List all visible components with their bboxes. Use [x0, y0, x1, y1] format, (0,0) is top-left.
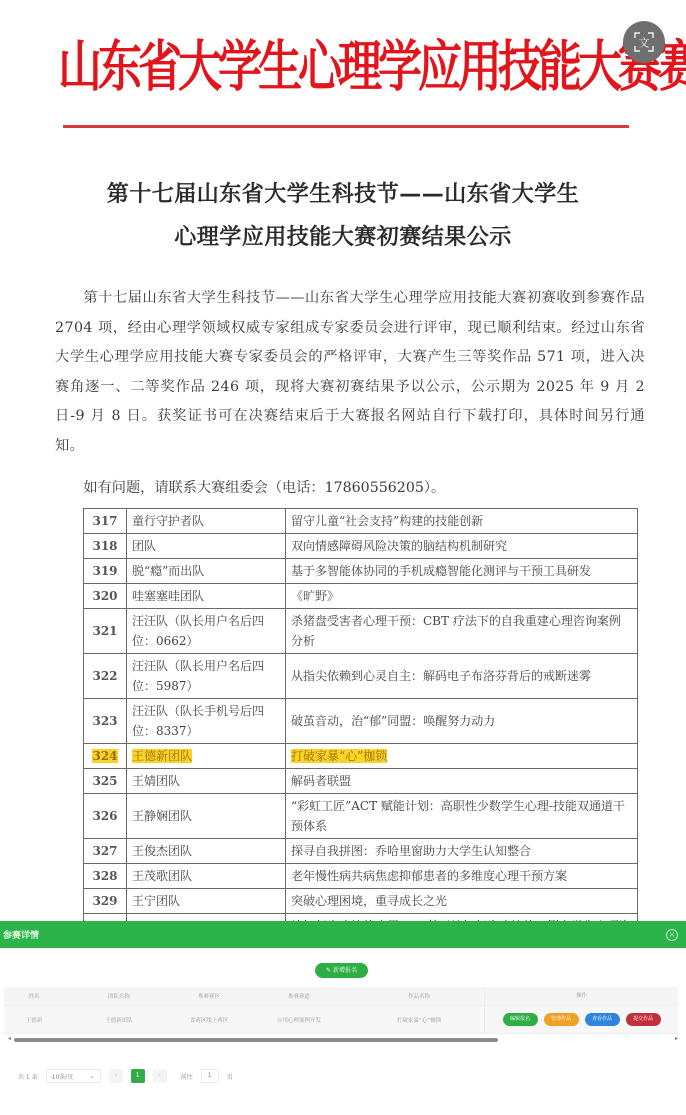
cell-work-title-text: 探寻自我拼图：乔哈里窗助力大学生认知整合 [291, 844, 531, 858]
cell-work-title-text: 基于多智能体协同的手机成瘾智能化测评与干预工具研发 [291, 564, 591, 578]
document-title-line-1: 第十七届山东省大学生科技节——山东省大学生 [0, 177, 686, 208]
cell-number: 318 [84, 534, 127, 559]
scroll-left-icon[interactable]: ◂ [8, 1035, 11, 1042]
cell-work-title-text: 双向情感障碍风险决策的脑结构机制研究 [291, 539, 507, 553]
cell-number-text: 327 [92, 844, 117, 858]
cell-work-title: 双向情感障碍风险决策的脑结构机制研究 [286, 534, 638, 559]
goto-label: 前往 [181, 1072, 193, 1081]
pagination: 共 1 条 10条/页 ⌄ ‹ 1 › 前往 1 页 [18, 1069, 233, 1083]
table-row: 322汪汪队（队长用户名后四位：5987）从指尖依赖到心灵自主：解码电子布洛芬背… [84, 654, 638, 699]
cell-number-text: 322 [92, 669, 117, 683]
scrollbar-thumb[interactable] [14, 1038, 498, 1042]
cell-number: 328 [84, 864, 127, 889]
cell-number-text: 323 [92, 714, 117, 728]
cell-work-title-text: 破茧音动，治“郁”同盟：唤醒努力动力 [291, 714, 495, 728]
prev-page-button[interactable]: ‹ [109, 1069, 123, 1083]
table-row: 329王宁团队突破心理困境，重寻成长之光 [84, 889, 638, 914]
cell-number-text: 321 [92, 624, 117, 638]
cell-team: 汪汪队（队长用户名后四位：0662） [127, 609, 286, 654]
cell-team: 童行守护者队 [127, 509, 286, 534]
cell-work-title-text: 留守儿童“社会支持”构建的技能创新 [291, 514, 483, 528]
cell-team: 王静娴团队 [127, 794, 286, 839]
cell-team-text: 团队 [132, 539, 156, 553]
cell-team: 汪汪队（队长手机号后四位：8337） [127, 699, 286, 744]
cell-number: 320 [84, 584, 127, 609]
cell-work-title-text: 打破家暴“心”枷锁 [291, 749, 387, 763]
cell-number-text: 325 [92, 774, 117, 788]
cell-number-text: 320 [92, 589, 117, 603]
cell-team: 王俊杰团队 [127, 839, 286, 864]
cell-team-text: 王茂歌团队 [132, 869, 192, 883]
org-title: 山东省大学生心理学应用技能大赛赛事组委会 [58, 18, 628, 118]
cell-work: 打破家暴“心”枷锁 [354, 1016, 484, 1024]
submit-work-button[interactable]: 提交作品 [626, 1013, 661, 1026]
table-row: 323汪汪队（队长手机号后四位：8337）破茧音动，治“郁”同盟：唤醒努力动力 [84, 699, 638, 744]
goto-page-input[interactable]: 1 [201, 1069, 219, 1083]
cell-region: 省赛区线上赛区 [174, 1016, 244, 1024]
table-row: 318团队双向情感障碍风险决策的脑结构机制研究 [84, 534, 638, 559]
cell-number: 317 [84, 509, 127, 534]
results-table: 317童行守护者队留守儿童“社会支持”构建的技能创新318团队双向情感障碍风险决… [83, 508, 638, 984]
cell-work-title: 留守儿童“社会支持”构建的技能创新 [286, 509, 638, 534]
next-page-button[interactable]: › [153, 1069, 167, 1083]
horizontal-scrollbar[interactable]: ◂ ▸ [8, 1037, 678, 1043]
announcement-paragraph: 第十七届山东省大学生科技节——山东省大学生心理学应用技能大赛初赛收到参赛作品 2… [55, 284, 645, 461]
table-row: 326王静娴团队“彩虹工匠”ACT 赋能计划：高职性少数学生心理-技能双通道干预… [84, 794, 638, 839]
cell-number-text: 317 [92, 514, 117, 528]
cell-team: 脱“瘾”而出队 [127, 559, 286, 584]
edit-registration-button[interactable]: 编辑报名 [503, 1013, 538, 1026]
cell-number-text: 324 [92, 749, 117, 763]
close-circle-icon[interactable]: × [666, 929, 678, 941]
page-size-select[interactable]: 10条/页 ⌄ [46, 1069, 101, 1083]
cell-work-title-text: 老年慢性病共病焦虑抑郁患者的多维度心理干预方案 [291, 869, 567, 883]
cell-work-title: 《旷野》 [286, 584, 638, 609]
column-header-team: 团队名称 [64, 992, 174, 1000]
cell-work-title-text: 解码者联盟 [291, 774, 351, 788]
cell-work-title: 基于多智能体协同的手机成瘾智能化测评与干预工具研发 [286, 559, 638, 584]
cell-work-title-text: 《旷野》 [291, 589, 339, 603]
entry-details-panel: 参赛详情 × ✎ 新增报名 姓名 团队名称 参赛赛区 参赛赛道 作品名称 操作 … [0, 921, 686, 1115]
cell-team-text: 王俊杰团队 [132, 844, 192, 858]
column-header-track: 参赛赛道 [244, 992, 354, 1000]
cell-number-text: 319 [92, 564, 117, 578]
cell-team-text: 脱“瘾”而出队 [132, 564, 204, 578]
announcement-body: 第十七届山东省大学生科技节——山东省大学生心理学应用技能大赛初赛收到参赛作品 2… [55, 284, 645, 461]
cell-number: 319 [84, 559, 127, 584]
cell-team: 王茂歌团队 [127, 864, 286, 889]
letterhead: 山东省大学生心理学应用技能大赛赛事组委会 文 [0, 0, 686, 140]
cell-name: 王德新 [4, 1016, 64, 1024]
entry-grid: 姓名 团队名称 参赛赛区 参赛赛道 作品名称 操作 王德新 王德新团队 省赛区线… [4, 987, 678, 1034]
panel-header: 参赛详情 × [0, 921, 686, 948]
chevron-down-icon: ⌄ [90, 1073, 95, 1080]
column-header-work: 作品名称 [354, 992, 484, 1000]
header-divider [63, 125, 629, 128]
cell-work-title: 从指尖依赖到心灵自主：解码电子布洛芬背后的戒断迷雾 [286, 654, 638, 699]
panel-title: 参赛详情 [3, 928, 39, 941]
table-row: 321汪汪队（队长用户名后四位：0662）杀猪盘受害者心理干预：CBT 疗法下的… [84, 609, 638, 654]
cell-work-title-text: 突破心理困境，重寻成长之光 [291, 894, 447, 908]
contact-info: 如有问题，请联系大赛组委会（电话：17860556205）。 [55, 474, 645, 504]
cell-work-title: 破茧音动，治“郁”同盟：唤醒努力动力 [286, 699, 638, 744]
add-registration-button[interactable]: ✎ 新增报名 [315, 963, 368, 978]
table-row: 320哇塞塞哇团队《旷野》 [84, 584, 638, 609]
cell-team: 王德新团队 [127, 744, 286, 769]
column-header-name: 姓名 [4, 992, 64, 1000]
cell-number: 325 [84, 769, 127, 794]
table-row: 328王茂歌团队老年慢性病共病焦虑抑郁患者的多维度心理干预方案 [84, 864, 638, 889]
cell-track: 应用心理案例开发 [244, 1016, 354, 1024]
translate-button[interactable]: 文 [623, 21, 665, 63]
cell-team: 王德新团队 [64, 1016, 174, 1024]
cell-team: 王宁团队 [127, 889, 286, 914]
cell-number: 321 [84, 609, 127, 654]
cell-actions: 编辑报名 管理作品 查看作品 提交作品 [484, 1006, 678, 1033]
cell-team-text: 汪汪队（队长用户名后四位：5987） [132, 659, 264, 693]
cell-team-text: 王静娴团队 [132, 809, 192, 823]
table-row: 327王俊杰团队探寻自我拼图：乔哈里窗助力大学生认知整合 [84, 839, 638, 864]
cell-number-text: 328 [92, 869, 117, 883]
cell-team-text: 汪汪队（队长手机号后四位：8337） [132, 704, 264, 738]
cell-number: 327 [84, 839, 127, 864]
contact-paragraph: 如有问题，请联系大赛组委会（电话：17860556205）。 [55, 474, 645, 504]
grid-header-row: 姓名 团队名称 参赛赛区 参赛赛道 作品名称 操作 [4, 987, 678, 1006]
cell-number: 329 [84, 889, 127, 914]
cell-work-title: 解码者联盟 [286, 769, 638, 794]
cell-work-title: 突破心理困境，重寻成长之光 [286, 889, 638, 914]
cell-team: 团队 [127, 534, 286, 559]
cell-work-title: 杀猪盘受害者心理干预：CBT 疗法下的自我重建心理咨询案例分析 [286, 609, 638, 654]
grid-row: 王德新 王德新团队 省赛区线上赛区 应用心理案例开发 打破家暴“心”枷锁 编辑报… [4, 1006, 678, 1034]
cell-work-title: 老年慢性病共病焦虑抑郁患者的多维度心理干预方案 [286, 864, 638, 889]
manage-work-button[interactable]: 管理作品 [544, 1013, 579, 1026]
cell-number: 326 [84, 794, 127, 839]
cell-team-text: 王宁团队 [132, 894, 180, 908]
cell-team-text: 王婧团队 [132, 774, 180, 788]
table-row: 324王德新团队打破家暴“心”枷锁 [84, 744, 638, 769]
cell-team: 汪汪队（队长用户名后四位：5987） [127, 654, 286, 699]
cell-team-text: 哇塞塞哇团队 [132, 589, 204, 603]
cell-team: 哇塞塞哇团队 [127, 584, 286, 609]
cell-team-text: 王德新团队 [132, 749, 192, 763]
column-header-region: 参赛赛区 [174, 992, 244, 1000]
column-header-actions: 操作 [484, 987, 678, 1005]
page-1-button[interactable]: 1 [131, 1069, 145, 1083]
cell-number-text: 326 [92, 809, 117, 823]
cell-team-text: 童行守护者队 [132, 514, 204, 528]
cell-number: 324 [84, 744, 127, 769]
cell-number-text: 329 [92, 894, 117, 908]
page-size-value: 10条/页 [52, 1072, 74, 1081]
svg-text:文: 文 [639, 37, 650, 50]
cell-number: 323 [84, 699, 127, 744]
cell-work-title-text: “彩虹工匠”ACT 赋能计划：高职性少数学生心理-技能双通道干预体系 [291, 799, 625, 833]
scroll-right-icon[interactable]: ▸ [675, 1035, 678, 1042]
table-row: 317童行守护者队留守儿童“社会支持”构建的技能创新 [84, 509, 638, 534]
cell-work-title: “彩虹工匠”ACT 赋能计划：高职性少数学生心理-技能双通道干预体系 [286, 794, 638, 839]
cell-work-title-text: 杀猪盘受害者心理干预：CBT 疗法下的自我重建心理咨询案例分析 [291, 614, 621, 648]
table-row: 319脱“瘾”而出队基于多智能体协同的手机成瘾智能化测评与干预工具研发 [84, 559, 638, 584]
total-count: 共 1 条 [18, 1072, 38, 1081]
document-title-line-2: 心理学应用技能大赛初赛结果公示 [0, 220, 686, 251]
cell-team-text: 汪汪队（队长用户名后四位：0662） [132, 614, 264, 648]
goto-suffix: 页 [227, 1072, 233, 1081]
table-row: 325王婧团队解码者联盟 [84, 769, 638, 794]
cell-team: 王婧团队 [127, 769, 286, 794]
cell-number: 322 [84, 654, 127, 699]
cell-work-title-text: 从指尖依赖到心灵自主：解码电子布洛芬背后的戒断迷雾 [291, 669, 591, 683]
view-work-button[interactable]: 查看作品 [585, 1013, 620, 1026]
cell-number-text: 318 [92, 539, 117, 553]
cell-work-title: 打破家暴“心”枷锁 [286, 744, 638, 769]
cell-work-title: 探寻自我拼图：乔哈里窗助力大学生认知整合 [286, 839, 638, 864]
translate-text-icon: 文 [633, 31, 655, 53]
